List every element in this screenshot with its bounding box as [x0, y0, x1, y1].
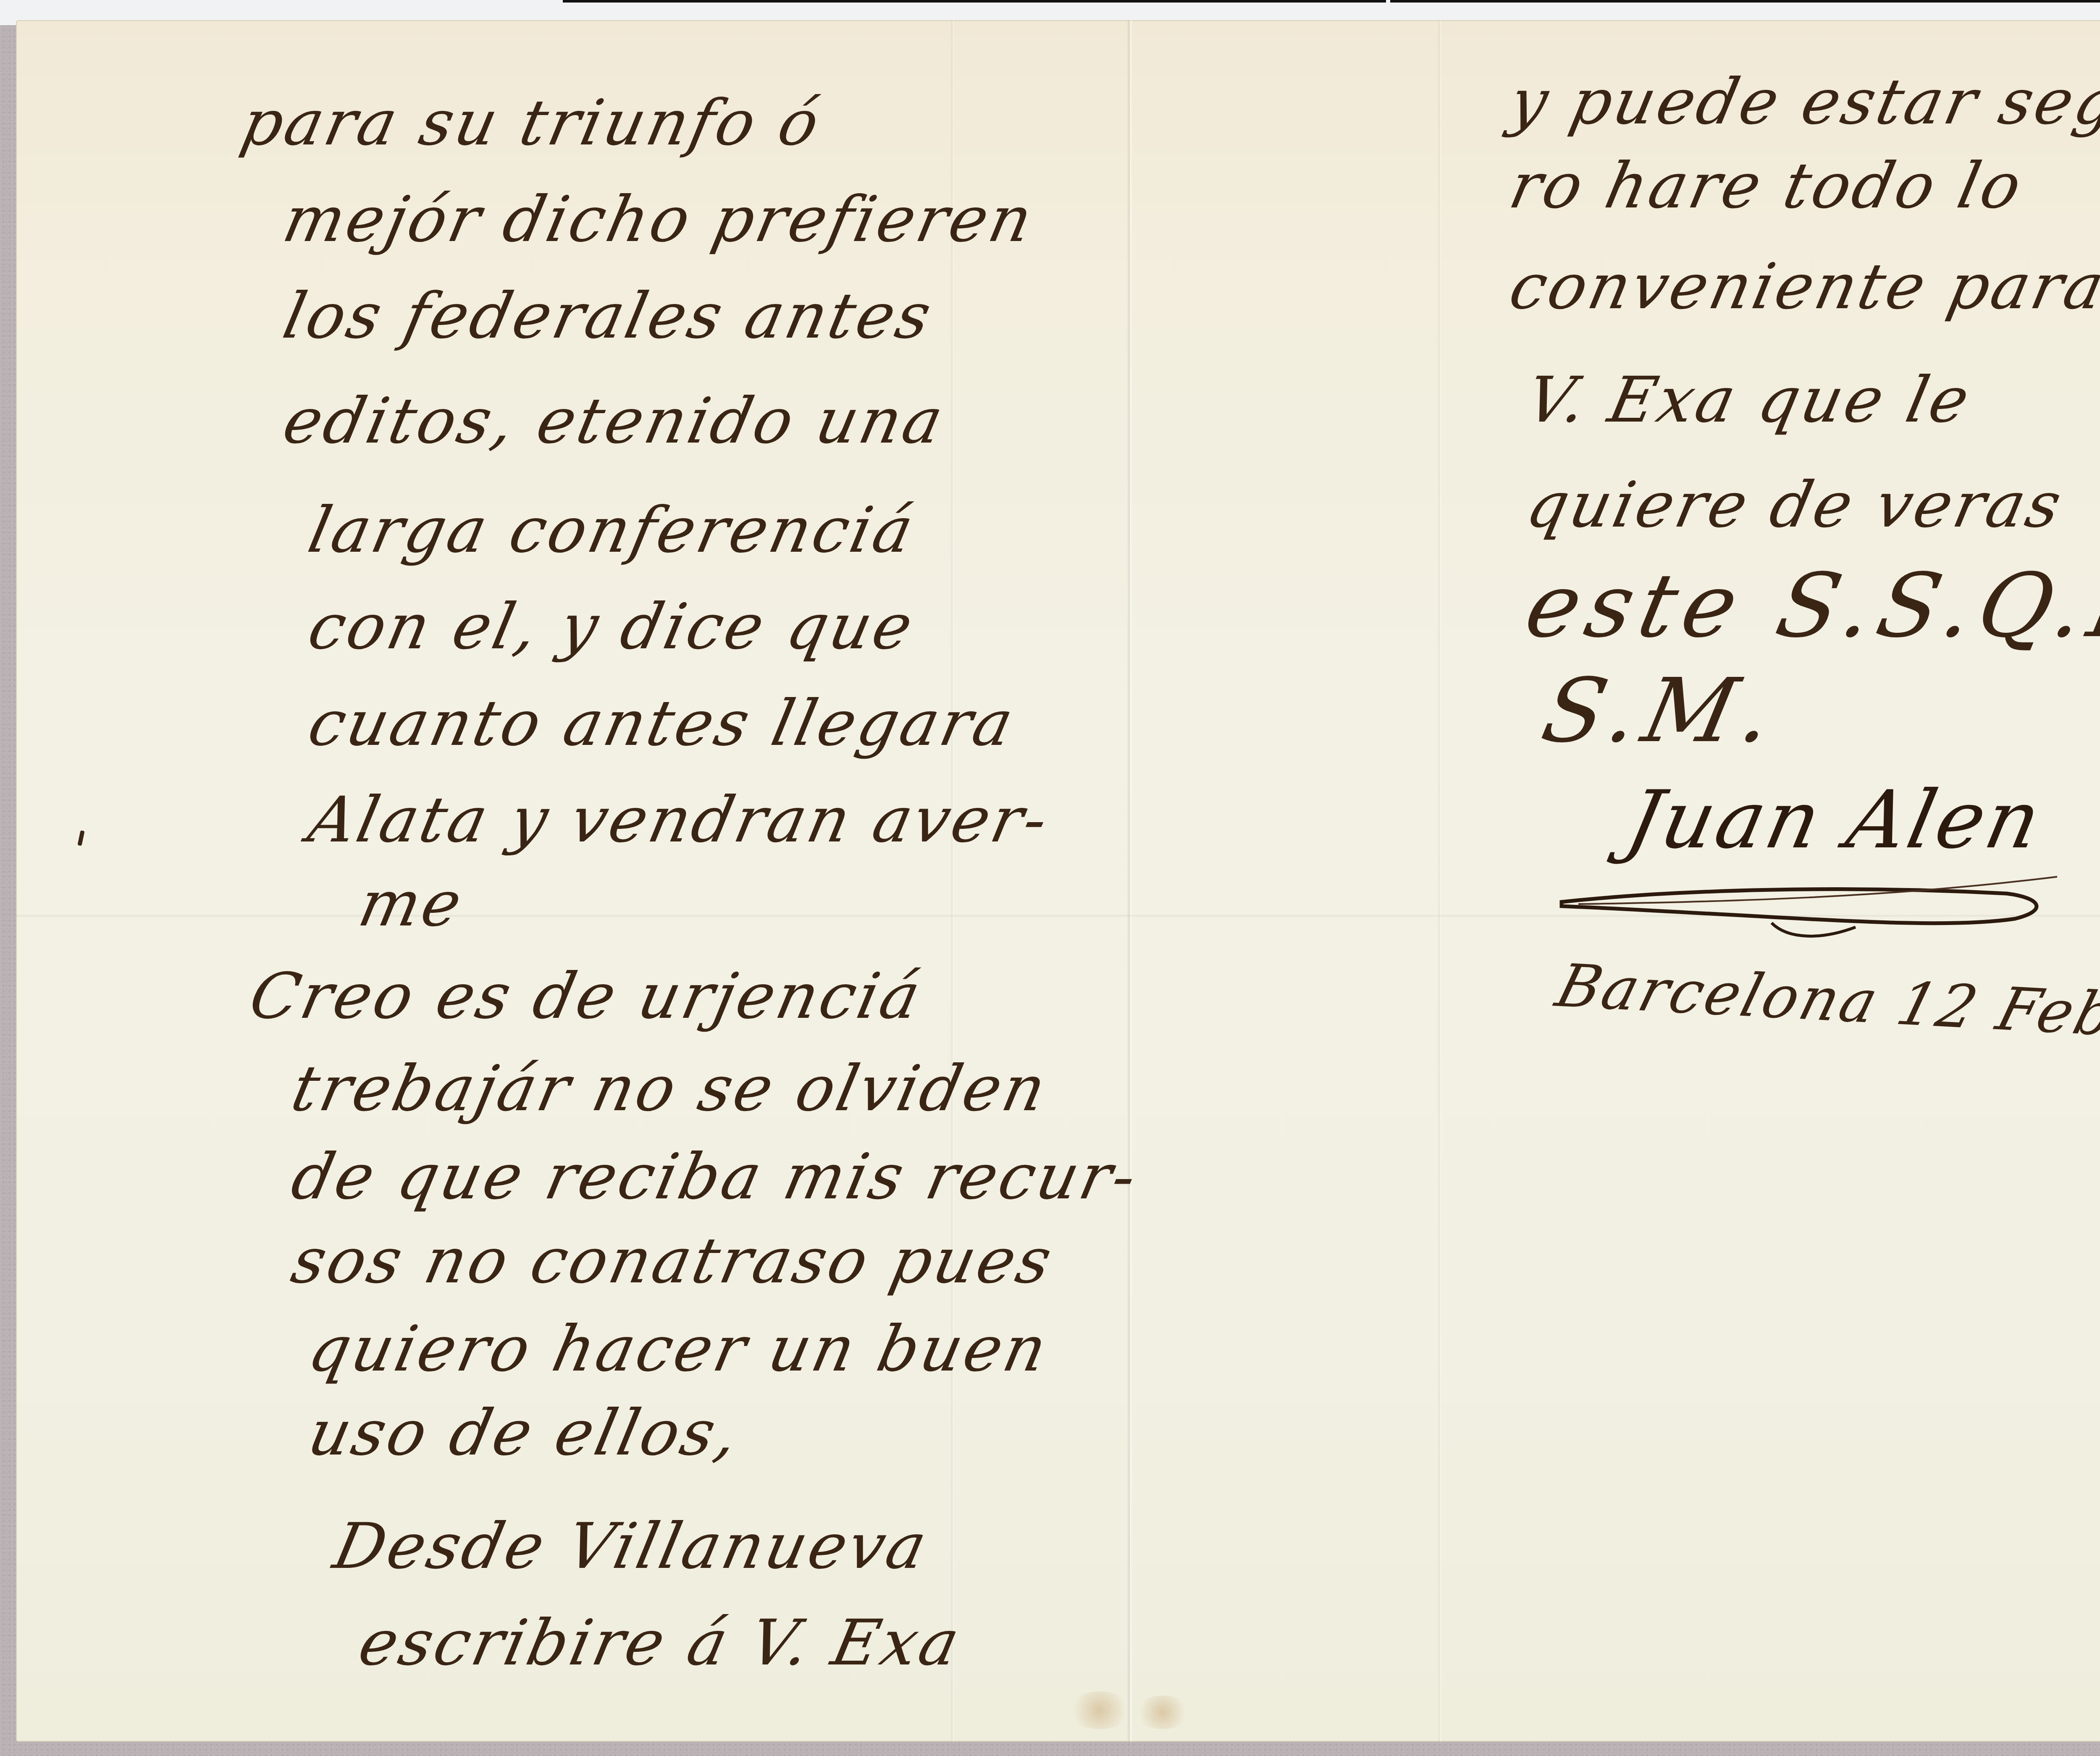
- handwritten-line: cuanto antes llegara: [303, 692, 1021, 755]
- signature: Juan Alen: [1620, 780, 2050, 860]
- handwritten-line: con el, y dice que: [303, 595, 920, 658]
- handwritten-line: este S.S.Q.B.: [1519, 562, 2100, 650]
- letter-sheet: para su triunfo ó mejór dicho prefieren …: [16, 20, 2100, 1742]
- signature-flourish-icon: [1553, 873, 2066, 944]
- scan-edge-bar: [563, 0, 1386, 3]
- handwritten-line: para su triunfo ó: [236, 92, 827, 155]
- ink-mark: [77, 830, 84, 846]
- handwritten-line: larga conferenciá: [303, 499, 921, 562]
- handwritten-line: conveniente para: [1504, 255, 2100, 318]
- handwritten-line: quiere de veras: [1521, 474, 2069, 537]
- handwritten-line: sos no conatraso pues: [286, 1229, 1059, 1292]
- handwritten-line: trebajár no se olviden: [286, 1057, 1053, 1120]
- handwritten-line: de que reciba mis recur-: [286, 1145, 1144, 1208]
- scan-edge-bar: [1390, 0, 2100, 3]
- handwritten-line: quiero hacer un buen: [303, 1318, 1054, 1381]
- handwritten-line: editos, etenido una: [278, 390, 950, 453]
- left-page: para su triunfo ó mejór dicho prefieren …: [16, 20, 1129, 1742]
- handwritten-line: y puede estar segu-: [1504, 71, 2100, 134]
- handwritten-line: Alata y vendran aver-: [303, 789, 1055, 852]
- handwritten-line: me: [354, 873, 469, 936]
- dateline: Barcelona 12 Febrero/72: [1550, 957, 2100, 1057]
- handwritten-line: Creo es de urjenciá: [244, 965, 928, 1028]
- handwritten-line: los federales antes: [278, 285, 939, 348]
- handwritten-line: ro hare todo lo: [1504, 155, 2029, 218]
- handwritten-line: S.M.: [1536, 667, 1788, 755]
- handwritten-line: uso de ellos,: [303, 1402, 746, 1465]
- handwritten-line: Desde Villanueva: [328, 1515, 934, 1578]
- handwritten-line: escribire á V. Exa: [354, 1612, 967, 1675]
- handwritten-line: V. Exa que le: [1521, 369, 1977, 432]
- handwritten-line: mejór dicho prefieren: [278, 188, 1040, 251]
